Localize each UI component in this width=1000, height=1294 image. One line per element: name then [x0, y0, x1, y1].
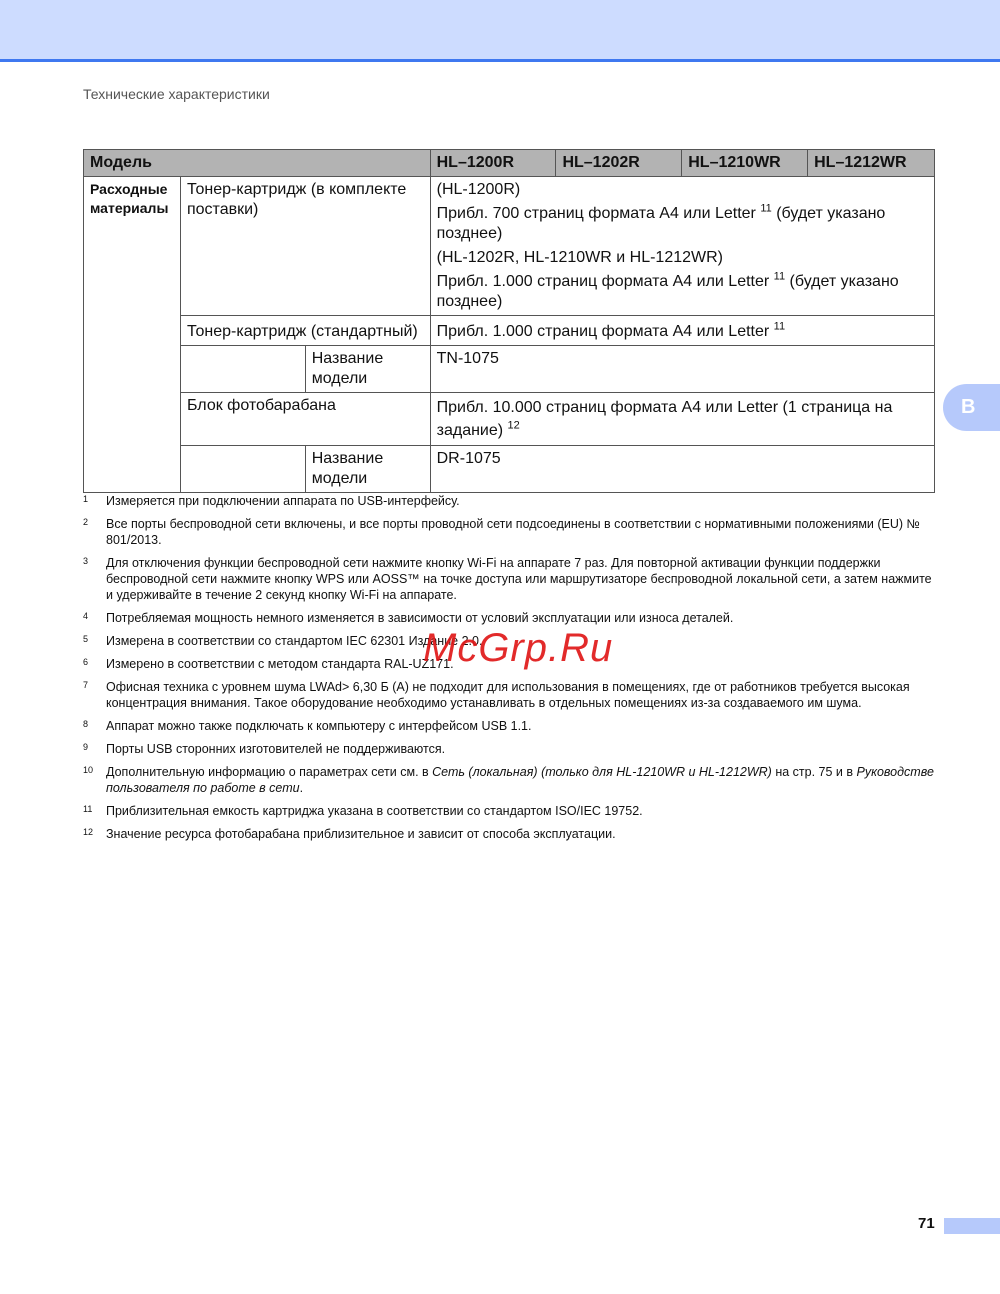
table-row: Расходные материалы Тонер-картридж (в ко…	[84, 177, 935, 316]
model-header: Модель	[84, 150, 431, 177]
group2-value: Прибл. 1.000 страниц формата A4 или Lett…	[437, 272, 928, 312]
standard-toner-label: Тонер-картридж (стандартный)	[180, 316, 430, 346]
footnotes: 1Измеряется при подключении аппарата по …	[83, 493, 938, 849]
footnote: 7Офисная техника с уровнем шума LWAd> 6,…	[83, 679, 938, 711]
model-col-2: HL–1202R	[556, 150, 682, 177]
toner-model-name: TN-1075	[430, 346, 934, 393]
running-head: Технические характеристики	[83, 86, 270, 102]
group2-models: (HL-1202R, HL-1210WR и HL-1212WR)	[437, 248, 928, 268]
empty-cell	[180, 346, 305, 393]
cross-reference-link[interactable]: Сеть (локальная) (только для HL-1210WR и…	[432, 765, 772, 779]
footnote: 10Дополнительную информацию о параметрах…	[83, 764, 938, 796]
table-row: Тонер-картридж (стандартный) Прибл. 1.00…	[84, 316, 935, 346]
model-col-4: HL–1212WR	[808, 150, 935, 177]
page-number: 71	[918, 1215, 935, 1232]
starter-toner-label: Тонер-картридж (в комплекте поставки)	[180, 177, 430, 316]
drum-model-name: DR-1075	[430, 446, 934, 493]
drum-label: Блок фотобарабана	[180, 393, 430, 446]
spec-table: Модель HL–1200R HL–1202R HL–1210WR HL–12…	[83, 149, 935, 493]
page-footer-bar	[944, 1218, 1000, 1234]
model-col-1: HL–1200R	[430, 150, 556, 177]
toner-model-name-label: Название модели	[305, 346, 430, 393]
footnote: 1Измеряется при подключении аппарата по …	[83, 493, 938, 509]
footnote-ref[interactable]: 11	[760, 203, 771, 215]
starter-toner-value: (HL-1200R) Прибл. 700 страниц формата A4…	[430, 177, 934, 316]
footnote: 3Для отключения функции беспроводной сет…	[83, 555, 938, 603]
model-col-3: HL–1210WR	[682, 150, 808, 177]
group1-value: Прибл. 700 страниц формата A4 или Letter…	[437, 204, 928, 244]
footnote-ref[interactable]: 11	[774, 321, 785, 333]
footnote: 11Приблизительная емкость картриджа указ…	[83, 803, 938, 819]
empty-cell	[180, 446, 305, 493]
footnote: 4Потребляемая мощность немного изменяетс…	[83, 610, 938, 626]
table-header-row: Модель HL–1200R HL–1202R HL–1210WR HL–12…	[84, 150, 935, 177]
footnote-ref[interactable]: 12	[508, 420, 520, 432]
table-row: Название модели TN-1075	[84, 346, 935, 393]
chapter-tab[interactable]: B	[943, 384, 1000, 431]
group1-models: (HL-1200R)	[437, 180, 928, 200]
footnote: 12Значение ресурса фотобарабана приблизи…	[83, 826, 938, 842]
footnote-ref[interactable]: 11	[774, 271, 785, 283]
footnote: 2Все порты беспроводной сети включены, и…	[83, 516, 938, 548]
standard-toner-value: Прибл. 1.000 страниц формата A4 или Lett…	[430, 316, 934, 346]
page-header-band	[0, 0, 1000, 62]
drum-model-name-label: Название модели	[305, 446, 430, 493]
table-row: Блок фотобарабана Прибл. 10.000 страниц …	[84, 393, 935, 446]
table-row: Название модели DR-1075	[84, 446, 935, 493]
footnote: 9Порты USB сторонних изготовителей не по…	[83, 741, 938, 757]
category-cell: Расходные материалы	[84, 177, 181, 493]
footnote: 8Аппарат можно также подключать к компью…	[83, 718, 938, 734]
watermark: McGrp.Ru	[423, 626, 613, 671]
drum-value: Прибл. 10.000 страниц формата A4 или Let…	[430, 393, 934, 446]
